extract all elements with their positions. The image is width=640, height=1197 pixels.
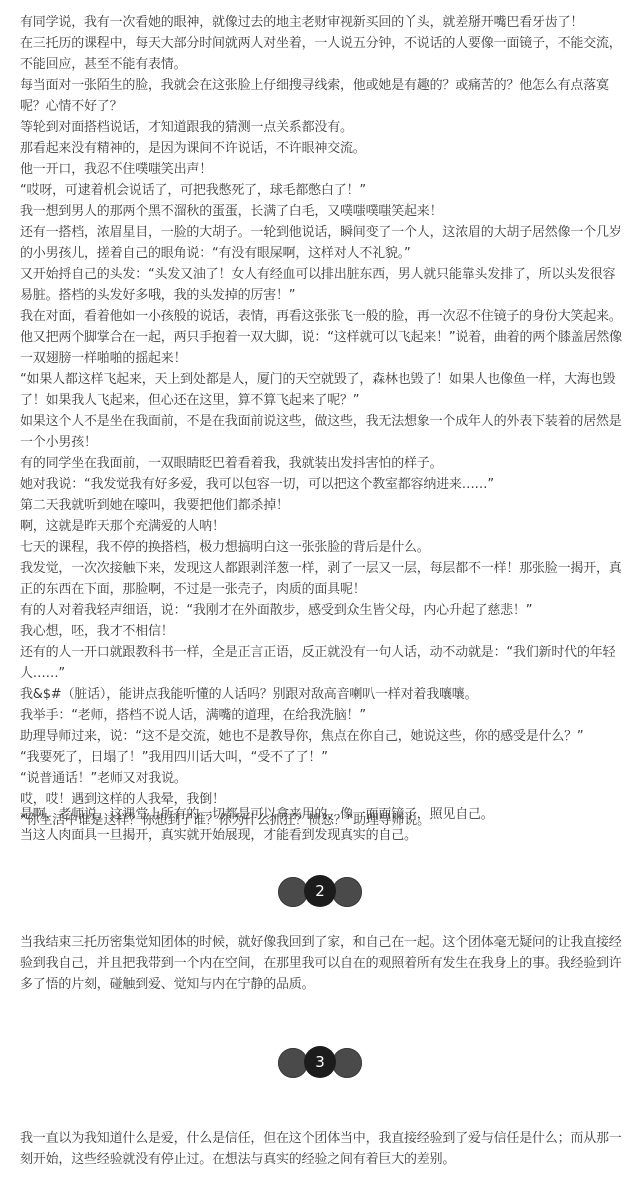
paragraph: 他又把两个脚掌合在一起，两只手抱着一双大脚，说：“这样就可以飞起来！”说着，曲着…: [20, 327, 625, 369]
paragraph: 有的人对着我轻声细语，说：“我刚才在外面散步，感受到众生皆父母，内心升起了慈悲！…: [20, 600, 625, 621]
paragraph: 如果这个人不是坐在我面前，不是在我面前说这些，做这些，我无法想象一个成年人的外表…: [20, 411, 625, 453]
paragraph: 啊，这就是昨天那个充满爱的人呐！: [20, 516, 625, 537]
story-section-2: 当我结束三托历密集觉知团体的时候，就好像我回到了家，和自己在一起。这个团体毫无疑…: [20, 932, 625, 995]
paragraph: 七天的课程，我不停的换搭档，极力想搞明白这一张张脸的背后是什么。: [20, 537, 625, 558]
paragraph: 每当面对一张陌生的脸，我就会在这张脸上仔细搜寻线索，他或她是有趣的？或痛苦的？他…: [20, 75, 625, 117]
paragraph: 他一开口，我忍不住噗嗤笑出声！: [20, 159, 625, 180]
paragraph: 当我结束三托历密集觉知团体的时候，就好像我回到了家，和自己在一起。这个团体毫无疑…: [20, 932, 625, 995]
paragraph: “说普通话！”老师又对我说。: [20, 768, 625, 789]
story-section-1: 有同学说，我有一次看她的眼神，就像过去的地主老财审视新买回的丫头，就差掰开嘴巴看…: [20, 12, 625, 831]
story-section-1-conclusion: 是啊，老师说，这课堂上所有的一切都是可以拿来用的，像一面面镜子，照见自己。 当这…: [20, 804, 625, 846]
paragraph: 我在对面，看着他如一小孩般的说话，表情，再看这张张飞一般的脸，再一次忍不住镜子的…: [20, 306, 625, 327]
paragraph: 我一直以为我知道什么是爱，什么是信任，但在这个团体当中，我直接经验到了爱与信任是…: [20, 1128, 625, 1170]
paragraph: “哎呀，可逮着机会说话了，可把我憋死了，球毛都憋白了！”: [20, 180, 625, 201]
section-number-badge-2: 2: [278, 875, 362, 907]
paragraph: 在三托历的课程中，每天大部分时间就两人对坐着，一人说五分钟，不说话的人要像一面镜…: [20, 33, 625, 75]
paragraph: 当这人肉面具一旦揭开，真实就开始展现，才能看到发现真实的自己。: [20, 825, 625, 846]
paragraph: 第二天我就听到她在嚎叫，我要把他们都杀掉！: [20, 495, 625, 516]
paragraph: 我&$#（脏话），能讲点我能听懂的人话吗？别跟对敌高音喇叭一样对着我嚷嚷。: [20, 684, 625, 705]
paragraph: 那看起来没有精神的，是因为课间不许说话，不许眼神交流。: [20, 138, 625, 159]
paragraph: 还有一搭档，浓眉星目，一脸的大胡子。一轮到他说话，瞬间变了一个人，这浓眉的大胡子…: [20, 222, 625, 264]
badge-number: 3: [304, 1046, 336, 1078]
paragraph: 又开始捋自己的头发：“头发又油了！女人有经血可以排出脏东西，男人就只能靠头发排了…: [20, 264, 625, 306]
paragraph: 她对我说：“我发觉我有好多爱，我可以包容一切，可以把这个教室都容纳进来……”: [20, 474, 625, 495]
paragraph: 我心想，呸，我才不相信！: [20, 621, 625, 642]
paragraph: 我发觉，一次次接触下来，发现这人都跟剥洋葱一样，剥了一层又一层，每层都不一样！那…: [20, 558, 625, 600]
paragraph: 助理导师过来，说：“这不是交流，她也不是教导你，焦点在你自己，她说这些，你的感受…: [20, 726, 625, 747]
section-number-badge-3: 3: [278, 1046, 362, 1078]
badge-number: 2: [304, 875, 336, 907]
story-section-3: 我一直以为我知道什么是爱，什么是信任，但在这个团体当中，我直接经验到了爱与信任是…: [20, 1128, 625, 1170]
badge-right-circle: [332, 1048, 362, 1078]
paragraph: 我一想到男人的那两个黑不溜秋的蛋蛋，长满了白毛，又噗嗤噗嗤笑起来！: [20, 201, 625, 222]
paragraph: 有同学说，我有一次看她的眼神，就像过去的地主老财审视新买回的丫头，就差掰开嘴巴看…: [20, 12, 625, 33]
paragraph: 等轮到对面搭档说话，才知道跟我的猜测一点关系都没有。: [20, 117, 625, 138]
paragraph: 有的同学坐在我面前，一双眼睛眨巴着看着我，我就装出发抖害怕的样子。: [20, 453, 625, 474]
paragraph: 是啊，老师说，这课堂上所有的一切都是可以拿来用的，像一面面镜子，照见自己。: [20, 804, 625, 825]
paragraph: 我举手：“老师，搭档不说人话，满嘴的道理，在给我洗脑！”: [20, 705, 625, 726]
paragraph: “我要死了，日塌了！”我用四川话大叫，“受不了了！”: [20, 747, 625, 768]
paragraph: “如果人都这样飞起来，天上到处都是人，厦门的天空就毁了，森林也毁了！如果人也像鱼…: [20, 369, 625, 411]
badge-right-circle: [332, 877, 362, 907]
paragraph: 还有的人一开口就跟教科书一样，全是正言正语，反正就没有一句人话，动不动就是：“我…: [20, 642, 625, 684]
